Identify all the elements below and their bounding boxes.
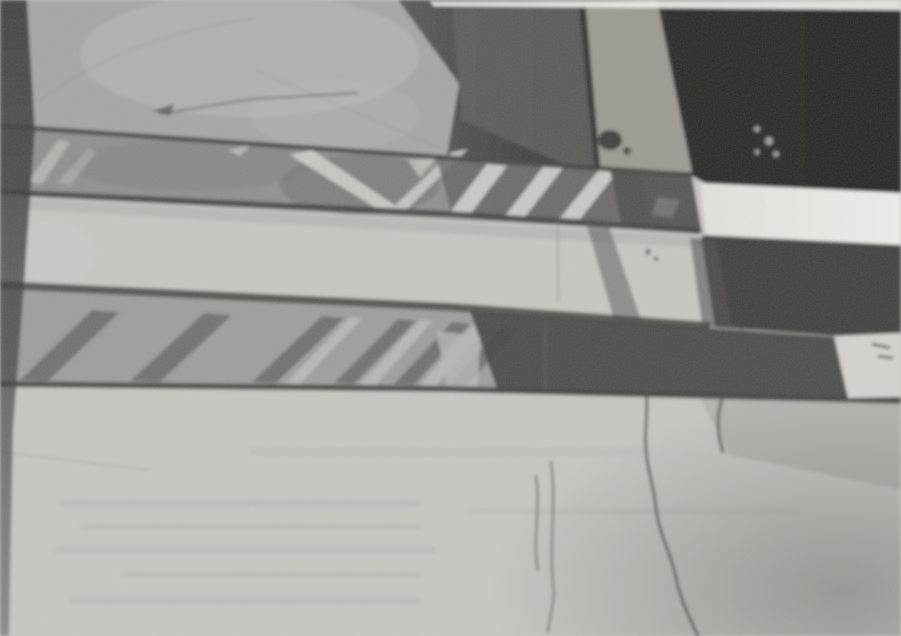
photograph-frame: Grainy monochrome photograph of two long… <box>0 0 901 636</box>
film-grain-overlay <box>0 0 901 636</box>
photograph: Grainy monochrome photograph of two long… <box>0 0 901 636</box>
